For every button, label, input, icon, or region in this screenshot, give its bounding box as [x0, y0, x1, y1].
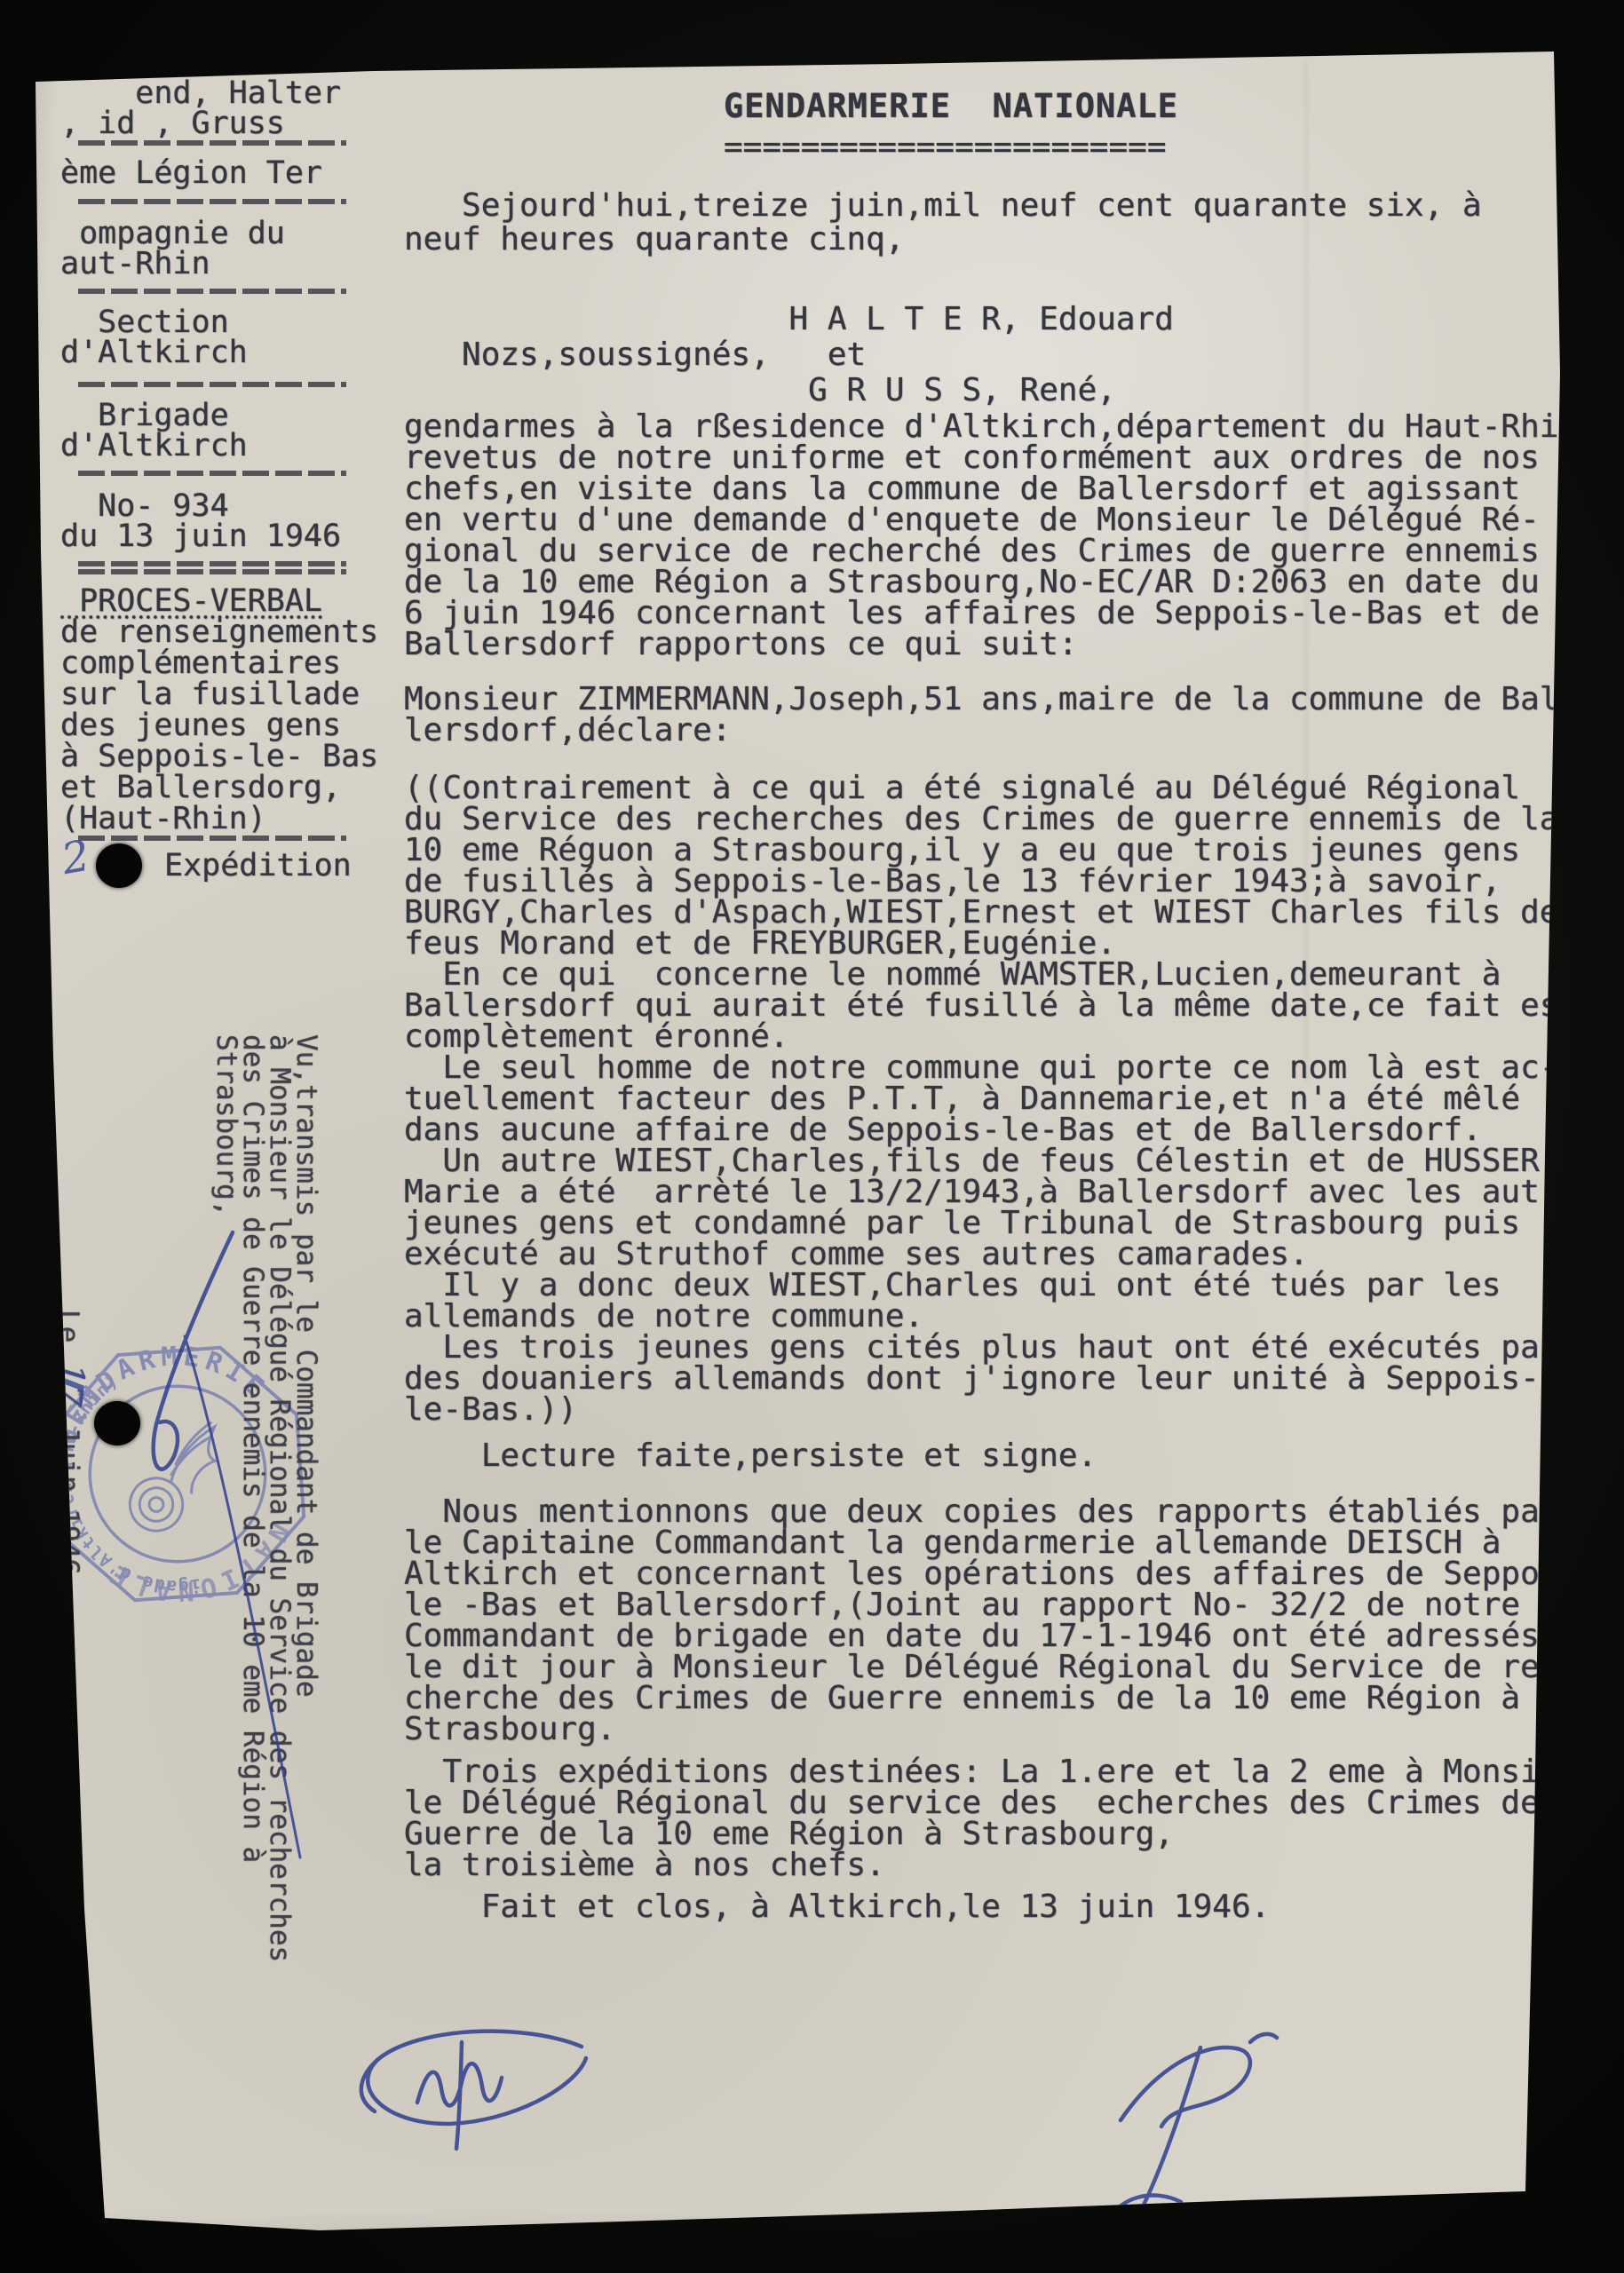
signature-halter: [361, 2031, 586, 2149]
punch-hole-top: [96, 843, 142, 888]
signature-gruss: [1099, 2034, 1277, 2255]
scanned-document-photo: { "colors": {"background":"#0c0c0b","pap…: [0, 0, 1624, 2273]
document-paper: GENDARMERIE NATIONALE Brigade d'Altkirch…: [0, 0, 1624, 2273]
ink-annotations: [0, 0, 1624, 2273]
punch-hole-bottom: [94, 1401, 140, 1445]
pen-flourish: [154, 1232, 233, 1469]
pen-flourish-tail: [185, 1336, 300, 1857]
photo-background: GENDARMERIE NATIONALE Brigade d'Altkirch…: [0, 0, 1624, 2273]
